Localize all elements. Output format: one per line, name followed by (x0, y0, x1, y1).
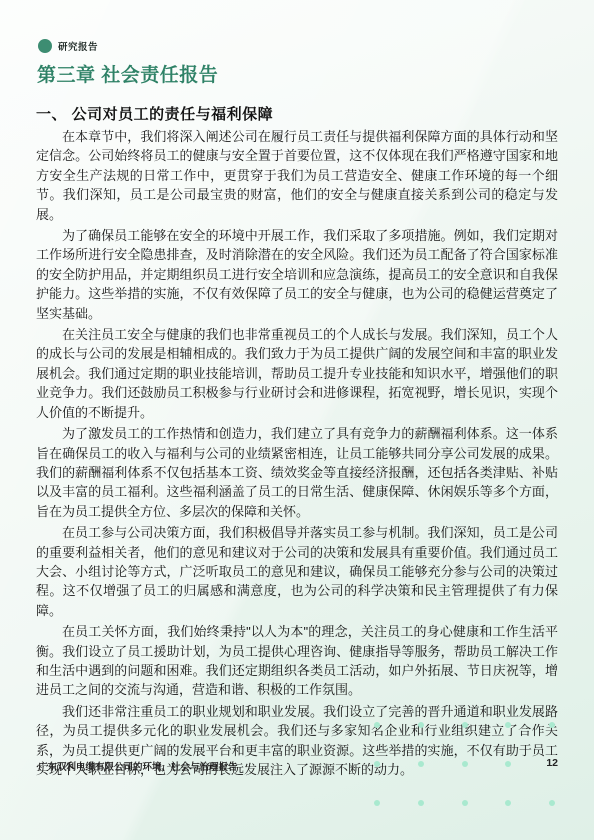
footer-report-title: 广东双利电缆有限公司的环境、社会与治理报告 (38, 759, 238, 773)
deco-dot (374, 722, 380, 728)
badge-label: 研究报告 (58, 39, 98, 53)
body-text: 在本章节中，我们将深入阐述公司在履行员工责任与提供福利保障方面的具体行动和坚定信… (36, 127, 558, 781)
body-paragraph: 在本章节中，我们将深入阐述公司在履行员工责任与提供福利保障方面的具体行动和坚定信… (36, 127, 558, 224)
body-paragraph: 为了确保员工能够在安全的环境中开展工作，我们采取了多项措施。例如，我们定期对工作… (36, 226, 558, 323)
deco-dot (418, 722, 424, 728)
deco-dot (505, 722, 511, 728)
chapter-title: 第三章 社会责任报告 (37, 60, 218, 87)
section-heading: 一、 公司对员工的责任与福利保障 (36, 103, 273, 124)
badge-circle-icon (38, 39, 52, 53)
deco-dot (505, 800, 511, 806)
deco-dot (418, 761, 424, 767)
report-page: 研究报告 第三章 社会责任报告 一、 公司对员工的责任与福利保障 在本章节中，我… (0, 0, 594, 840)
deco-dot (462, 722, 468, 728)
page-number: 12 (546, 757, 558, 769)
body-paragraph: 为了激发员工的工作热情和创造力，我们建立了具有竞争力的薪酬福利体系。这一体系旨在… (36, 424, 558, 521)
body-paragraph: 在员工关怀方面，我们始终秉持"以人为本"的理念，关注员工的身心健康和工作生活平衡… (36, 622, 558, 700)
deco-dot (549, 800, 555, 806)
deco-dot (462, 800, 468, 806)
report-type-badge: 研究报告 (38, 39, 98, 53)
body-paragraph: 在关注员工安全与健康的我们也非常重视员工的个人成长与发展。我们深知，员工个人的成… (36, 325, 558, 422)
deco-dot (418, 800, 424, 806)
deco-dot (549, 722, 555, 728)
deco-dot (462, 761, 468, 767)
dot-grid (374, 722, 555, 806)
body-paragraph: 在员工参与公司决策方面，我们积极倡导并落实员工参与机制。我们深知，员工是公司的重… (36, 523, 558, 620)
deco-dot (374, 800, 380, 806)
deco-dot (374, 761, 380, 767)
deco-dot (505, 761, 511, 767)
